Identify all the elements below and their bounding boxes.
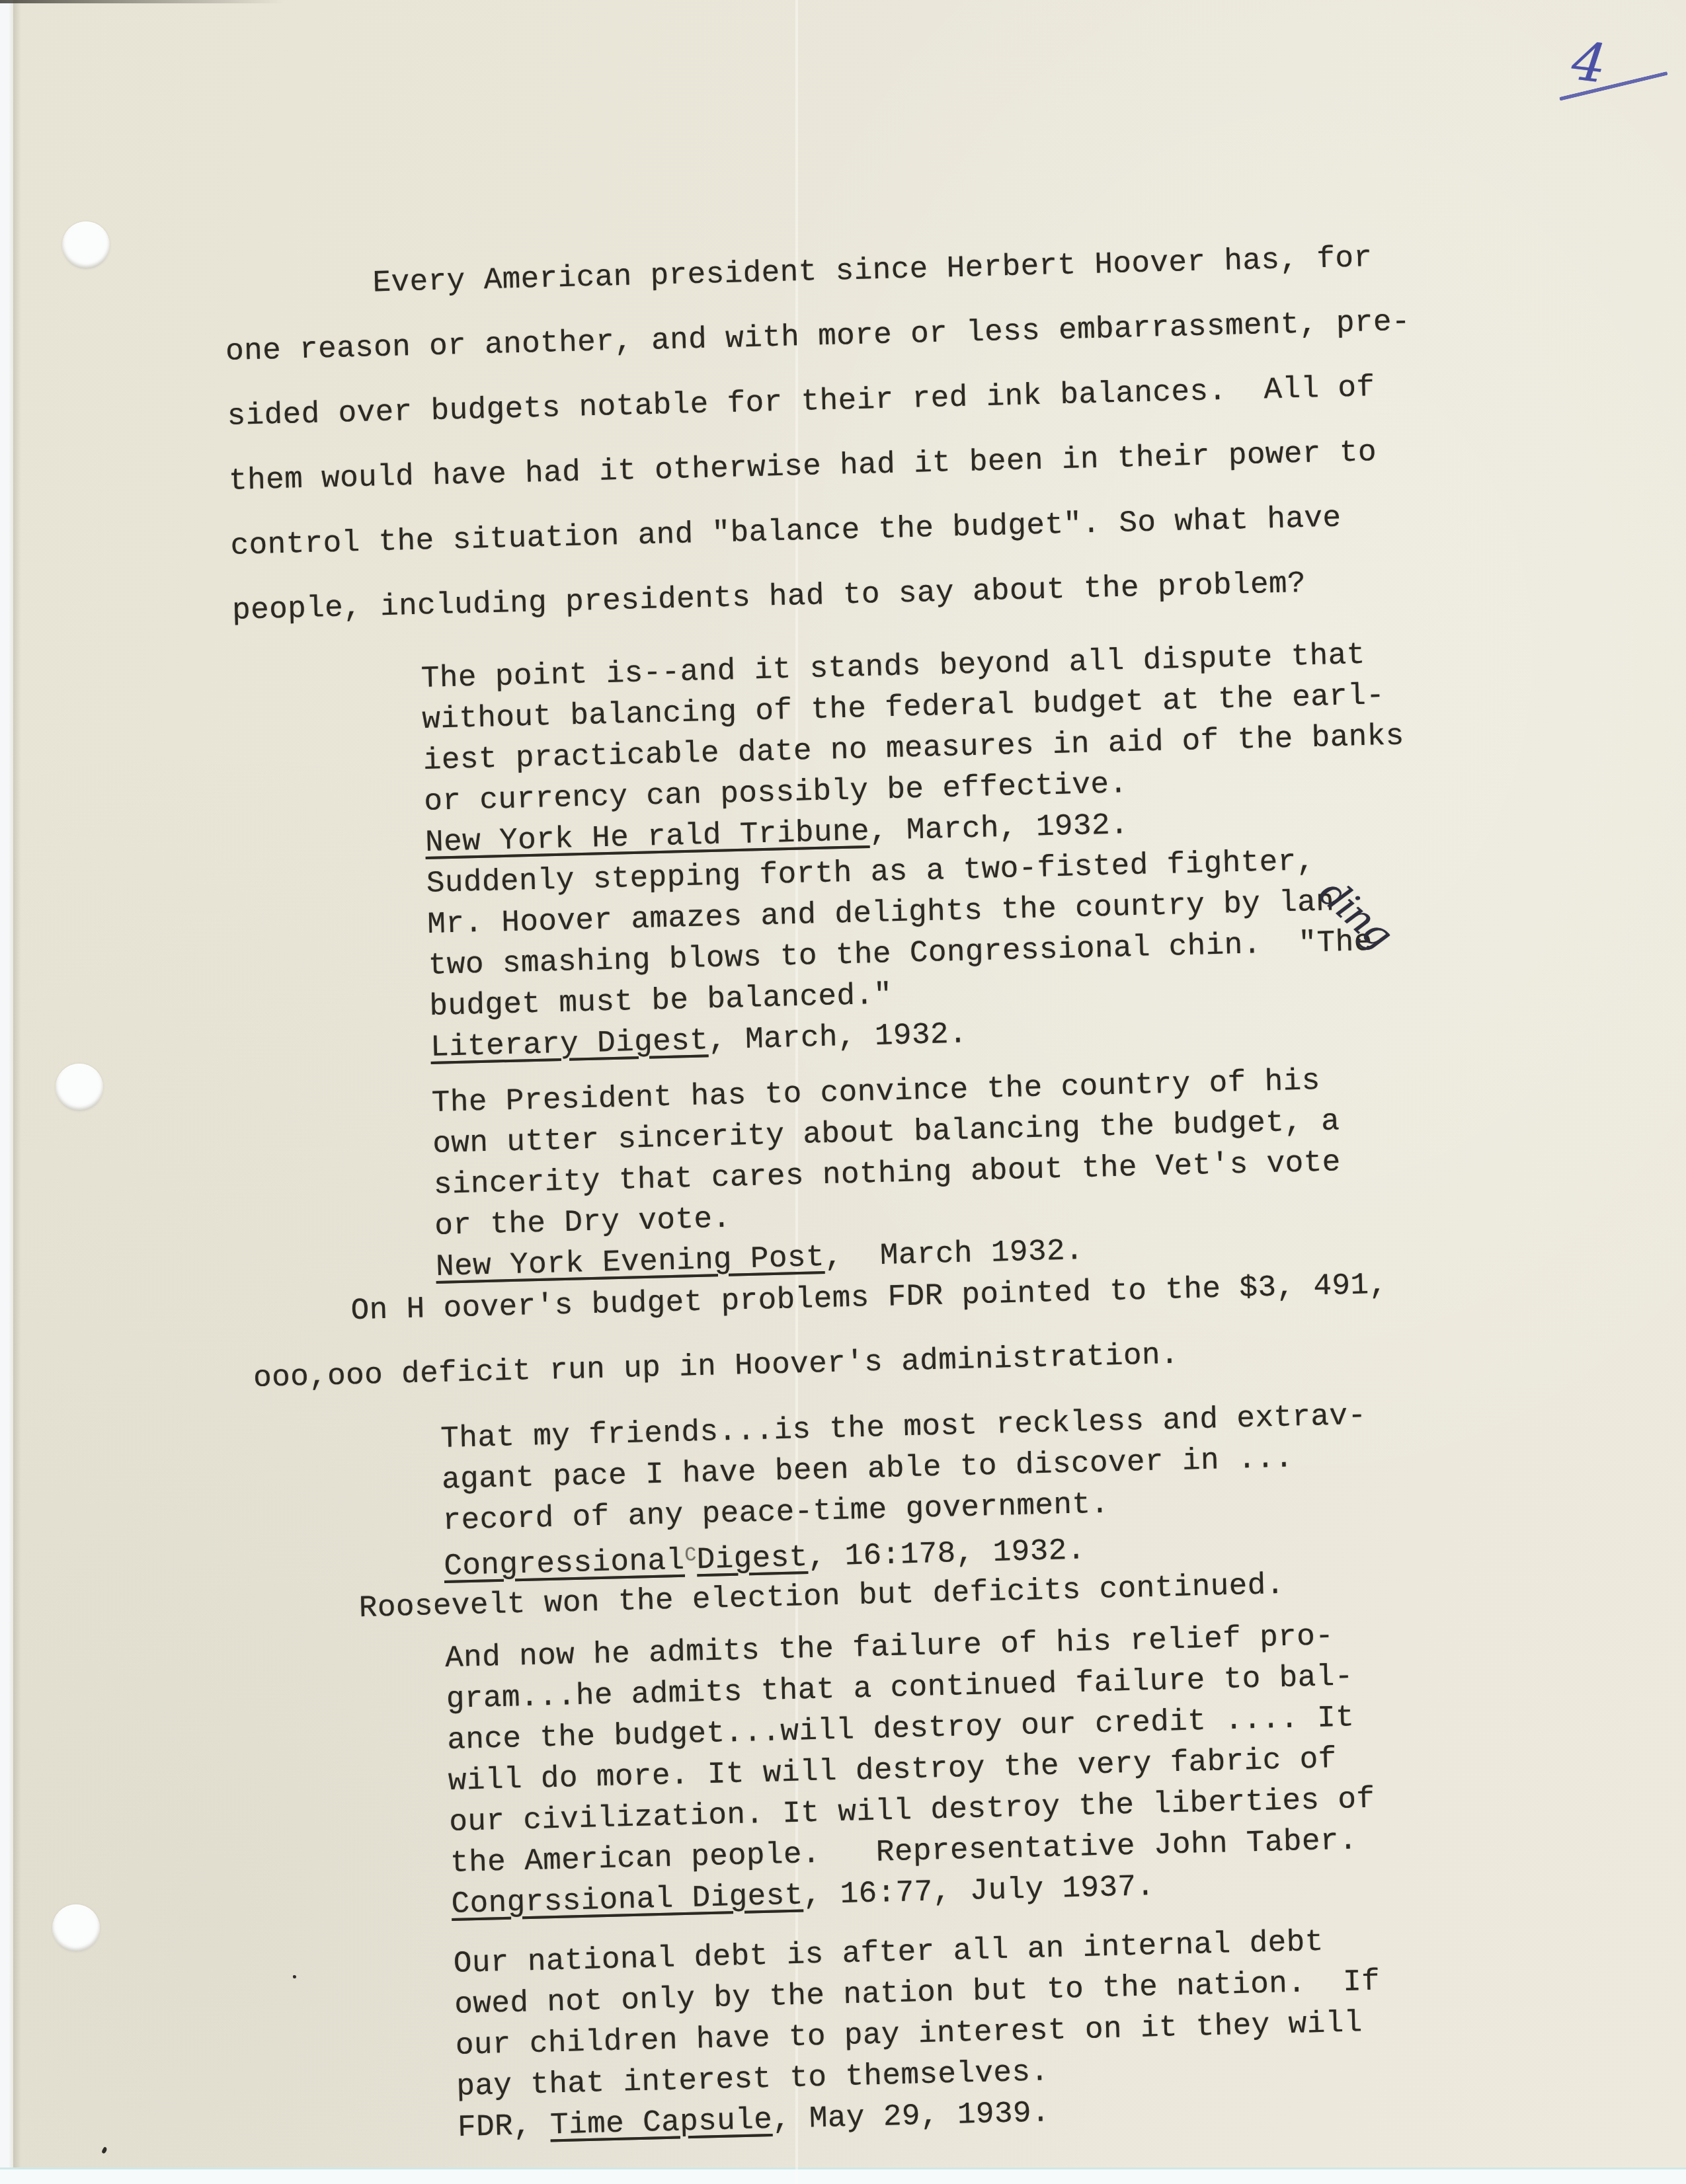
paper-top-edge xyxy=(0,0,284,3)
quote-fdr-time-capsule: Our national debt is after all an intern… xyxy=(453,1920,1384,2148)
scanner-bottom-strip xyxy=(0,2167,1686,2184)
quote-herald-tribune: The point is--and it stands beyond all d… xyxy=(421,633,1407,863)
paragraph-intro: Every American president since Herbert H… xyxy=(223,225,1418,643)
quote-literary-digest: Suddenly stepping forth as a two-fisted … xyxy=(426,839,1375,1068)
citation-segment: , 16:77, July 1937. xyxy=(803,1869,1155,1912)
quote-evening-post: The President has to convince the countr… xyxy=(431,1060,1344,1288)
citation-segment: , March, 1932. xyxy=(707,1017,967,1058)
citation-segment: , May 29, 1939. xyxy=(772,2095,1050,2137)
citation-segment: , March, 1932. xyxy=(869,808,1129,849)
paper-left-edge-shadow xyxy=(13,0,21,2184)
hole-punch-middle xyxy=(56,1064,103,1111)
hole-punch-bottom xyxy=(52,1904,100,1952)
citation-segment: Congrssional Digest xyxy=(451,1878,803,1921)
quote-congressional-digest-1937: And now he admits the failure of his rel… xyxy=(445,1615,1378,1925)
hole-punch-top xyxy=(62,221,110,269)
scanned-document-page: 4 Every American president since Herbert… xyxy=(0,0,1686,2184)
citation-segment: C xyxy=(684,1544,697,1567)
scanner-left-strip xyxy=(0,0,13,2184)
handwritten-page-number: 4 xyxy=(1569,30,1610,95)
citation-segment: Time Capsule xyxy=(549,2103,772,2142)
paper-speck xyxy=(293,1975,296,1978)
paragraph-fdr-deficit: On H oover's budget problems FDR pointed… xyxy=(251,1253,1390,1411)
citation-segment: FDR, xyxy=(457,2108,550,2145)
paper-speck xyxy=(101,2146,108,2154)
citation-segment: Literary Digest xyxy=(430,1023,708,1065)
